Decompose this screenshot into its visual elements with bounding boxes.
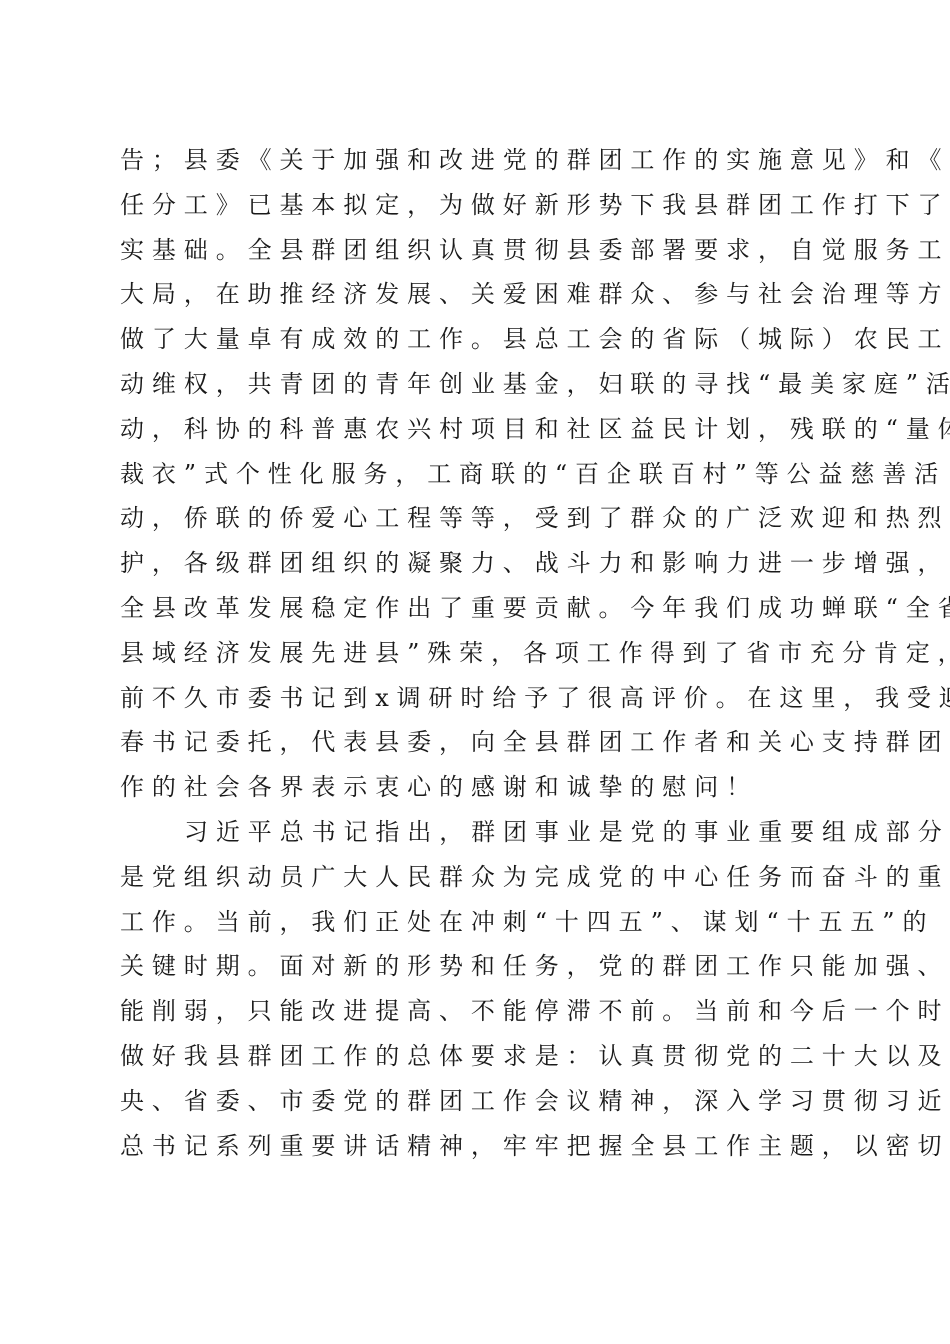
text-line: 护，各级群团组织的凝聚力、战斗力和影响力进一步增强，为 (120, 541, 832, 586)
text-line: 做了大量卓有成效的工作。县总工会的省际（城际）农民工联 (120, 317, 832, 362)
text-line: 任分工》已基本拟定，为做好新形势下我县群团工作打下了坚 (120, 183, 832, 228)
text-line-indented: 习近平总书记指出，群团事业是党的事业重要组成部分， (120, 810, 832, 855)
text-line: 县域经济发展先进县”殊荣，各项工作得到了省市充分肯定， (120, 631, 832, 676)
text-line: 全县改革发展稳定作出了重要贡献。今年我们成功蝉联“全省 (120, 586, 832, 631)
text-line: 工作。当前，我们正处在冲刺“十四五”、谋划“十五五”的 (120, 900, 832, 945)
text-line: 动，侨联的侨爱心工程等等，受到了群众的广泛欢迎和热烈拥 (120, 496, 832, 541)
text-line: 能削弱，只能改进提高、不能停滞不前。当前和今后一个时期， (120, 989, 832, 1034)
text-line: 动，科协的科普惠农兴村项目和社区益民计划，残联的“量体 (120, 407, 832, 452)
text-line: 前不久市委书记到x调研时给予了很高评价。在这里，我受迎 (120, 676, 832, 721)
text-line: 央、省委、市委党的群团工作会议精神，深入学习贯彻习近平 (120, 1079, 832, 1124)
paragraph-1: 告；县委《关于加强和改进党的群团工作的实施意见》和《责 任分工》已基本拟定，为做… (120, 138, 832, 810)
text-line: 是党组织动员广大人民群众为完成党的中心任务而奋斗的重要 (120, 855, 832, 900)
text-line: 做好我县群团工作的总体要求是：认真贯彻党的二十大以及中 (120, 1034, 832, 1079)
text-line: 总书记系列重要讲话精神，牢牢把握全县工作主题，以密切党 (120, 1124, 832, 1169)
text-line: 动维权，共青团的青年创业基金，妇联的寻找“最美家庭”活 (120, 362, 832, 407)
text-line: 春书记委托，代表县委，向全县群团工作者和关心支持群团工 (120, 720, 832, 765)
document-page: 告；县委《关于加强和改进党的群团工作的实施意见》和《责 任分工》已基本拟定，为做… (120, 138, 832, 1168)
text-line: 大局，在助推经济发展、关爱困难群众、参与社会治理等方面 (120, 272, 832, 317)
text-line: 实基础。全县群团组织认真贯彻县委部署要求，自觉服务工作 (120, 228, 832, 273)
text-line: 裁衣”式个性化服务，工商联的“百企联百村”等公益慈善活 (120, 452, 832, 497)
paragraph-2: 习近平总书记指出，群团事业是党的事业重要组成部分， 是党组织动员广大人民群众为完… (120, 810, 832, 1168)
text-line: 关键时期。面对新的形势和任务，党的群团工作只能加强、不 (120, 944, 832, 989)
text-line: 作的社会各界表示衷心的感谢和诚挚的慰问！ (120, 765, 832, 810)
text-line: 告；县委《关于加强和改进党的群团工作的实施意见》和《责 (120, 138, 832, 183)
